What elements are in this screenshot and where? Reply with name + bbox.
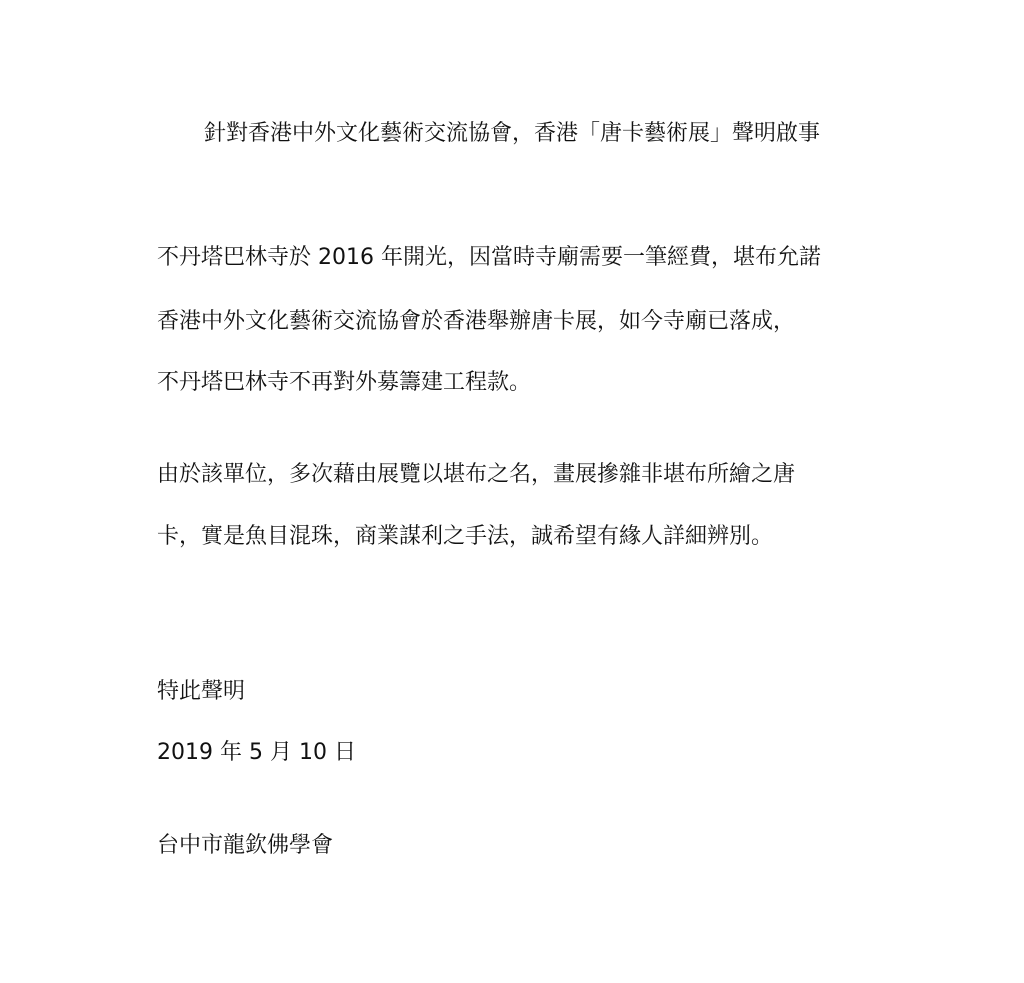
document-page: 針對香港中外文化藝術交流協會，香港「唐卡藝術展」聲明啟事 不丹塔巴林寺於 201… (0, 0, 1024, 983)
paragraph-line: 卡，實是魚目混珠，商業謀利之手法，誠希望有緣人詳細辨別。 (157, 521, 773, 553)
paragraph-line: 由於該單位，多次藉由展覽以堪布之名，畫展摻雜非堪布所繪之唐 (157, 459, 795, 491)
paragraph-line: 香港中外文化藝術交流協會於香港舉辦唐卡展，如今寺廟已落成， (157, 306, 795, 338)
closing-statement: 特此聲明 (157, 676, 245, 708)
paragraph-line: 不丹塔巴林寺於 2016 年開光，因當時寺廟需要一筆經費，堪布允諾 (157, 242, 821, 274)
document-date: 2019 年 5 月 10 日 (157, 737, 356, 769)
signatory: 台中市龍欽佛學會 (157, 830, 333, 862)
paragraph-line: 不丹塔巴林寺不再對外募籌建工程款。 (157, 367, 531, 399)
document-title: 針對香港中外文化藝術交流協會，香港「唐卡藝術展」聲明啟事 (0, 118, 1024, 150)
